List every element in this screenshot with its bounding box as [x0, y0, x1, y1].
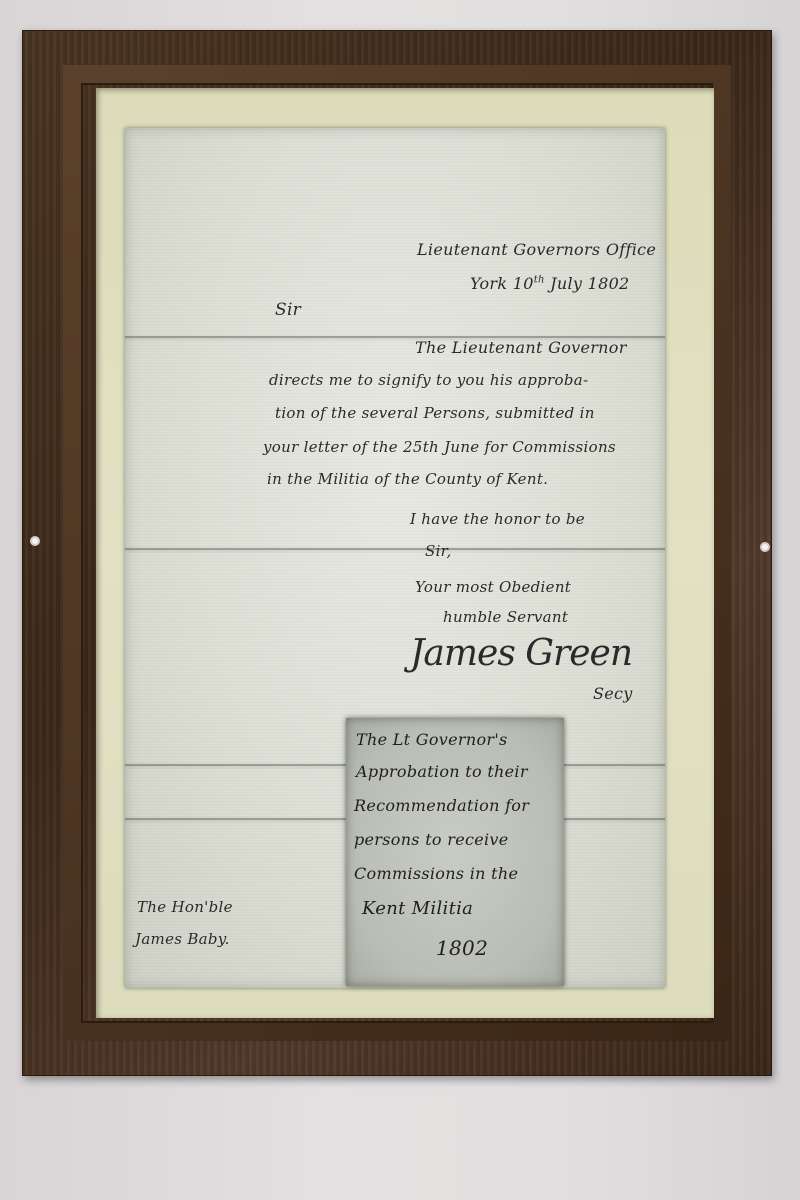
letter-closing-line: humble Servant [443, 608, 568, 626]
docket-endorsement: The Lt Governor's Approbation to their R… [346, 718, 564, 986]
docket-line: Approbation to their [356, 762, 528, 781]
letter-date-rest: July 1802 [545, 274, 630, 293]
letter-salutation: Sir [275, 300, 301, 320]
letter-closing-line: I have the honor to be [410, 510, 585, 528]
letter-office-heading: Lieutenant Governors Office [417, 240, 656, 259]
letter-date-prefix: York 10 [470, 274, 534, 293]
docket-line: Commissions in the [354, 864, 518, 883]
letter-signature-title: Secy [593, 684, 633, 703]
frame-hanger-right-icon [760, 542, 770, 552]
letter-body-line: directs me to signify to you his approba… [269, 371, 588, 389]
docket-line: Kent Militia [362, 898, 473, 919]
letter-addressee-line: James Baby. [135, 930, 230, 948]
frame-hanger-left-icon [30, 536, 40, 546]
letter-addressee-line: The Hon'ble [137, 898, 233, 916]
letter-date-suffix: th [534, 275, 545, 286]
docket-line: persons to receive [354, 830, 509, 849]
letter-date-line: York 10th July 1802 [470, 274, 630, 293]
letter-closing-line: Your most Obedient [415, 578, 571, 596]
letter-closing-line: Sir, [425, 542, 452, 560]
docket-line: Recommendation for [354, 796, 529, 815]
docket-year: 1802 [436, 936, 488, 960]
letter-signature: James Green [410, 633, 632, 674]
letter-body-line: tion of the several Persons, submitted i… [275, 404, 595, 422]
letter-body-line: The Lieutenant Governor [415, 338, 627, 357]
docket-line: The Lt Governor's [356, 730, 508, 749]
letter-body-line: in the Militia of the County of Kent. [267, 470, 548, 488]
fold-line [125, 548, 665, 550]
letter-body-line: your letter of the 25th June for Commiss… [263, 438, 616, 456]
